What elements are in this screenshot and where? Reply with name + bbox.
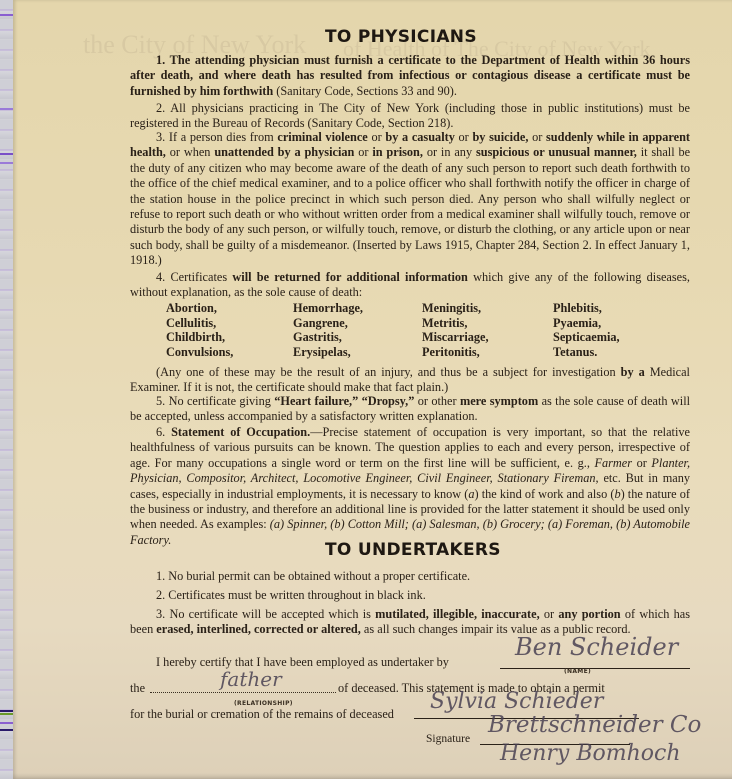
physicians-item-4: 4. Certificates will be returned for add… — [130, 270, 690, 301]
disease-item: Pyaemia, — [553, 316, 666, 331]
certificate-back-page: the City of New York of Health of The Ci… — [13, 0, 732, 779]
text-run: forthwith — [223, 84, 273, 98]
disease-item: Septicaemia, — [553, 330, 666, 345]
text-run: mere symptom — [460, 394, 538, 408]
physicians-item-6: 6. Statement of Occupation.—Precise stat… — [130, 425, 690, 548]
text-run: 5. No certificate giving — [156, 394, 271, 408]
text-run: 1. No burial permit can be obtained with… — [156, 569, 470, 583]
text-run: 4. Certificates — [156, 270, 227, 284]
text-run: ) the kind of work and also ( — [475, 487, 615, 501]
disease-item: Gastritis, — [293, 330, 422, 345]
disease-item: Erysipelas, — [293, 345, 422, 360]
section-title-physicians: TO PHYSICIANS — [325, 30, 477, 45]
scanner-bed-edge — [0, 0, 14, 779]
deceased-name[interactable]: Sylvia Schieder — [430, 694, 603, 709]
disease-item: Gangrene, — [293, 316, 422, 331]
relationship-value[interactable]: father — [220, 672, 282, 687]
burial-line: for the burial or cremation of the remai… — [130, 707, 394, 722]
text-run: 2. Certificates must be written througho… — [156, 588, 426, 602]
name-field-line[interactable] — [500, 668, 690, 669]
text-run: 6. — [156, 425, 165, 439]
disease-item: Childbirth, — [166, 330, 293, 345]
text-run: unattended by a physician — [214, 145, 354, 159]
text-run: by a casualty — [385, 130, 455, 144]
text-run: (Sanitary Code, Sections 33 and 90). — [276, 84, 457, 98]
signature-company[interactable]: Brettschneider Co — [488, 718, 701, 733]
text-run: 3. If a person dies from — [156, 130, 274, 144]
text-run: “Heart failure,” “Dropsy,” — [274, 394, 414, 408]
text-run: by suicide, — [472, 130, 528, 144]
disease-item: Miscarriage, — [422, 330, 553, 345]
physicians-item-2: 2. All physicians practicing in The City… — [130, 101, 690, 132]
relationship-field-line[interactable] — [150, 692, 336, 693]
text-run: it shall be the duty of any citizen who … — [130, 145, 690, 267]
text-run: or — [459, 130, 469, 144]
text-run: criminal violence — [277, 130, 367, 144]
text-run: or in any — [427, 145, 472, 159]
text-run: in prison, — [372, 145, 423, 159]
text-run: or when — [170, 145, 211, 159]
text-run: 3. No certificate will be accepted which… — [156, 607, 371, 621]
text-run: (Any one of these may be the result of a… — [156, 365, 616, 379]
undertakers-item-1: 1. No burial permit can be obtained with… — [130, 569, 690, 584]
text-run: I hereby certify that I have been employ… — [156, 655, 449, 669]
disease-item: Hemorrhage, — [293, 301, 422, 316]
physicians-item-5: 5. No certificate giving “Heart failure,… — [130, 394, 690, 425]
text-run: or — [637, 456, 647, 470]
text-run: or — [532, 130, 542, 144]
text-run: will be returned for additional informat… — [232, 270, 467, 284]
signature-label: Signature — [426, 732, 470, 747]
text-run: 2. All physicians practicing in The City… — [130, 101, 690, 130]
text-run: mutilated, illegible, inaccurate, — [375, 607, 540, 621]
disease-item: Metritis, — [422, 316, 553, 331]
disease-item: Phlebitis, — [553, 301, 666, 316]
undertakers-item-2: 2. Certificates must be written througho… — [130, 588, 690, 603]
disease-item: Peritonitis, — [422, 345, 553, 360]
text-run: or — [544, 607, 554, 621]
physicians-item-3: 3. If a person dies from criminal violen… — [130, 130, 690, 269]
disease-item: Cellulitis, — [166, 316, 293, 331]
text-run: or — [358, 145, 368, 159]
signature-person[interactable]: Henry Bomhoch — [500, 746, 681, 761]
text-run: erased, interlined, corrected or altered… — [156, 622, 361, 636]
text-run: or — [371, 130, 381, 144]
disease-note: (Any one of these may be the result of a… — [130, 365, 690, 396]
text-run: or other — [418, 394, 457, 408]
disease-list: Abortion, Hemorrhage, Meningitis, Phlebi… — [166, 301, 666, 359]
disease-item: Tetanus. — [553, 345, 666, 360]
name-field-label: (NAME) — [564, 664, 591, 679]
section-title-undertakers: TO UNDERTAKERS — [325, 543, 501, 558]
relationship-line-prefix: the — [130, 681, 145, 696]
disease-item: Meningitis, — [422, 301, 553, 316]
physicians-item-1: 1. The attending physician must furnish … — [130, 53, 690, 99]
text-run: suspicious or unusual manner, — [476, 145, 637, 159]
disease-item: Abortion, — [166, 301, 293, 316]
text-run: by a — [621, 365, 645, 379]
text-run: Statement of Occupation. — [171, 425, 310, 439]
disease-item: Convulsions, — [166, 345, 293, 360]
undertaker-employer-name[interactable]: Ben Scheider — [515, 640, 678, 655]
text-run: Farmer — [594, 456, 632, 470]
text-run: any portion — [558, 607, 620, 621]
